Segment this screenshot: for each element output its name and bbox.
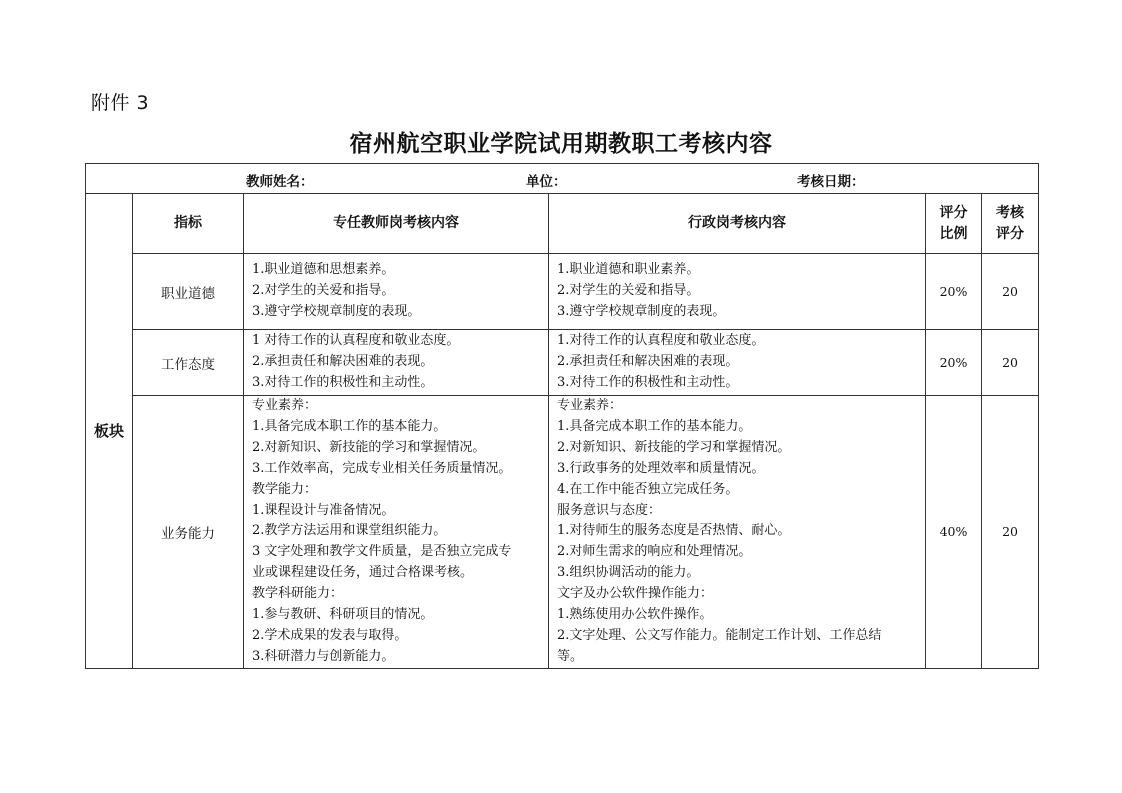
unit-label: 单位： [526, 170, 567, 190]
score-cell: 20 [982, 330, 1039, 396]
content-line: 2.对新知识、新技能的学习和掌握情况。 [252, 438, 544, 459]
header-score-line2: 评分 [982, 224, 1038, 245]
weight-cell: 40% [926, 396, 982, 669]
indicator-cell: 业务能力 [133, 396, 244, 669]
content-line: 1.参与教研、科研项目的情况。 [252, 605, 544, 626]
content-line: 2.文字处理、公文写作能力。能制定工作计划、工作总结 [557, 626, 921, 647]
teacher-content-cell: 1 对待工作的认真程度和敬业态度。 2.承担责任和解决困难的表现。 3.对待工作… [244, 330, 549, 396]
content-line: 3 文字处理和教学文件质量，是否独立完成专 [252, 542, 544, 563]
content-line: 1.对待师生的服务态度是否热情、耐心。 [557, 521, 921, 542]
content-line: 3.对待工作的积极性和主动性。 [252, 373, 544, 394]
table-row-ethics: 职业道德 1.职业道德和思想素养。 2.对学生的关爱和指导。 3.遵守学校规章制… [86, 254, 1039, 330]
content-line: 2.对师生需求的响应和处理情况。 [557, 542, 921, 563]
assessment-table: 教师姓名： 单位： 考核日期： 板块 指标 专任教师岗考核内容 行政岗考核内容 … [85, 163, 1039, 669]
teacher-content-cell: 1.职业道德和思想素养。 2.对学生的关爱和指导。 3.遵守学校规章制度的表现。 [244, 254, 549, 330]
content-line: 1.对待工作的认真程度和敬业态度。 [557, 331, 921, 352]
content-line: 1.具备完成本职工作的基本能力。 [557, 417, 921, 438]
content-line: 2.承担责任和解决困难的表现。 [252, 352, 544, 373]
admin-content-cell: 1.对待工作的认真程度和敬业态度。 2.承担责任和解决困难的表现。 3.对待工作… [549, 330, 926, 396]
content-line: 业或课程建设任务，通过合格课考核。 [252, 563, 544, 584]
block-label: 板块 [86, 194, 133, 669]
header-teacher-content: 专任教师岗考核内容 [244, 194, 549, 254]
content-line: 4.在工作中能否独立完成任务。 [557, 480, 921, 501]
content-line: 服务意识与态度： [557, 501, 921, 522]
content-line: 3.遵守学校规章制度的表现。 [557, 302, 921, 323]
header-score: 考核 评分 [982, 194, 1039, 254]
score-cell: 20 [982, 396, 1039, 669]
header-weight-line1: 评分 [926, 203, 981, 224]
content-line: 专业素养： [252, 396, 544, 417]
content-line: 1 对待工作的认真程度和敬业态度。 [252, 331, 544, 352]
column-header-row: 板块 指标 专任教师岗考核内容 行政岗考核内容 评分 比例 考核 评分 [86, 194, 1039, 254]
content-line: 1.职业道德和思想素养。 [252, 260, 544, 281]
content-line: 3.遵守学校规章制度的表现。 [252, 302, 544, 323]
header-weight-line2: 比例 [926, 224, 981, 245]
indicator-cell: 职业道德 [133, 254, 244, 330]
content-line: 2.对学生的关爱和指导。 [252, 281, 544, 302]
weight-cell: 20% [926, 330, 982, 396]
content-line: 教学科研能力： [252, 584, 544, 605]
content-line: 1.熟练使用办公软件操作。 [557, 605, 921, 626]
table-row-competence: 业务能力 专业素养： 1.具备完成本职工作的基本能力。 2.对新知识、新技能的学… [86, 396, 1039, 669]
content-line: 2.承担责任和解决困难的表现。 [557, 352, 921, 373]
content-line: 2.对学生的关爱和指导。 [557, 281, 921, 302]
content-line: 1.课程设计与准备情况。 [252, 501, 544, 522]
content-line: 3.科研潜力与创新能力。 [252, 647, 544, 668]
content-line: 3.工作效率高，完成专业相关任务质量情况。 [252, 459, 544, 480]
content-line: 教学能力： [252, 480, 544, 501]
table-row-attitude: 工作态度 1 对待工作的认真程度和敬业态度。 2.承担责任和解决困难的表现。 3… [86, 330, 1039, 396]
content-line: 等。 [557, 647, 921, 668]
admin-content-cell: 1.职业道德和职业素养。 2.对学生的关爱和指导。 3.遵守学校规章制度的表现。 [549, 254, 926, 330]
header-admin-content: 行政岗考核内容 [549, 194, 926, 254]
admin-content-cell: 专业素养： 1.具备完成本职工作的基本能力。 2.对新知识、新技能的学习和掌握情… [549, 396, 926, 669]
attachment-label: 附件 3 [91, 88, 149, 115]
header-weight: 评分 比例 [926, 194, 982, 254]
content-line: 2.教学方法运用和课堂组织能力。 [252, 521, 544, 542]
content-line: 3.对待工作的积极性和主动性。 [557, 373, 921, 394]
assessment-date-label: 考核日期： [797, 170, 865, 190]
document-title: 宿州航空职业学院试用期教职工考核内容 [0, 125, 1122, 158]
indicator-cell: 工作态度 [133, 330, 244, 396]
content-line: 2.对新知识、新技能的学习和掌握情况。 [557, 438, 921, 459]
content-line: 文字及办公软件操作能力： [557, 584, 921, 605]
teacher-content-cell: 专业素养： 1.具备完成本职工作的基本能力。 2.对新知识、新技能的学习和掌握情… [244, 396, 549, 669]
header-indicator: 指标 [133, 194, 244, 254]
teacher-name-label: 教师姓名： [246, 170, 314, 190]
content-line: 3.组织协调活动的能力。 [557, 563, 921, 584]
content-line: 3.行政事务的处理效率和质量情况。 [557, 459, 921, 480]
weight-cell: 20% [926, 254, 982, 330]
content-line: 专业素养： [557, 396, 921, 417]
content-line: 1.职业道德和职业素养。 [557, 260, 921, 281]
content-line: 1.具备完成本职工作的基本能力。 [252, 417, 544, 438]
header-score-line1: 考核 [982, 203, 1038, 224]
content-line: 2.学术成果的发表与取得。 [252, 626, 544, 647]
info-cell: 教师姓名： 单位： 考核日期： [86, 164, 1039, 194]
info-row: 教师姓名： 单位： 考核日期： [86, 164, 1039, 194]
score-cell: 20 [982, 254, 1039, 330]
